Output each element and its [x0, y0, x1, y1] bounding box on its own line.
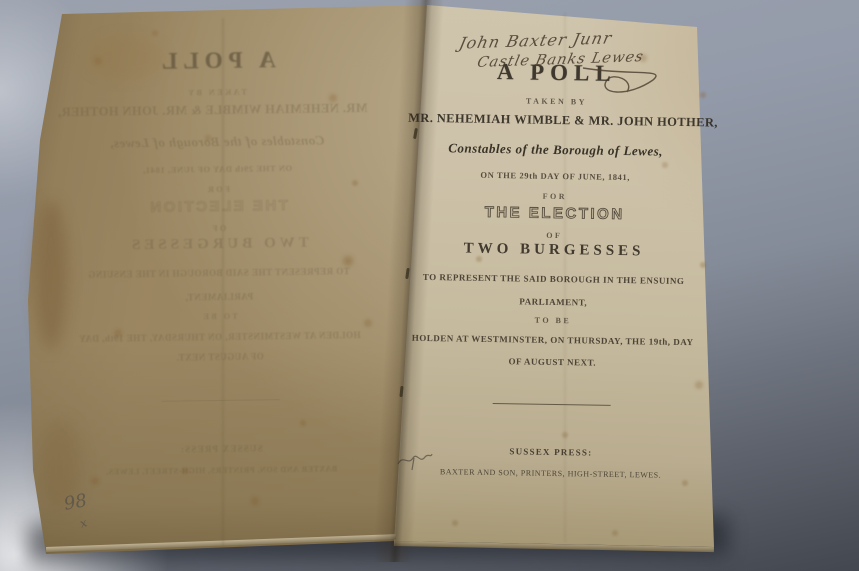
date-line: ON THE 29th DAY OF JUNE, 1841, [407, 169, 703, 184]
parliament-line: PARLIAMENT, [405, 295, 701, 310]
bleedthrough-press: SUSSEX PRESS: [70, 442, 372, 456]
bleedthrough-officials: MR. NEHEMIAH WIMBLE & MR. JOHN HOTHER, [65, 101, 367, 120]
bleedthrough-represent: TO REPRESENT THE SAID BOROUGH IN THE ENS… [68, 266, 370, 280]
imprint-rule [493, 403, 611, 406]
bleedthrough-august: OF AUGUST NEXT. [69, 350, 371, 364]
bleedthrough-election: THE ELECTION [67, 196, 369, 217]
bleedthrough-of: OF [67, 222, 369, 235]
stain-left-edge [34, 200, 68, 350]
bleedthrough-taken-by: TAKEN BY [65, 86, 367, 99]
constables-line: Constables of the Borough of Lewes, [408, 140, 704, 161]
foxing-right-page [0, 0, 6, 6]
holden-line: HOLDEN AT WESTMINSTER, ON THURSDAY, THE … [405, 333, 701, 348]
election-line: THE ELECTION [407, 203, 703, 225]
bleedthrough-content: A POLL TAKEN BY MR. NEHEMIAH WIMBLE & MR… [64, 0, 374, 562]
bleedthrough-parliament: PARLIAMENT, [68, 290, 370, 304]
pencil-page-number: 98 [62, 490, 88, 515]
printer-line: BAXTER AND SON, PRINTERS, HIGH-STREET, L… [403, 467, 699, 481]
press-line: SUSSEX PRESS: [403, 445, 699, 460]
bleedthrough-constables: Constables of the Borough of Lewes, [66, 132, 368, 152]
bleedthrough-rule [162, 399, 280, 402]
bleedthrough-for: FOR [67, 183, 369, 196]
bleedthrough-date: ON THE 29th DAY OF JUNE, 1841, [66, 162, 368, 176]
represent-line: TO REPRESENT THE SAID BOROUGH IN THE ENS… [406, 272, 702, 287]
bleedthrough-title: A POLL [65, 46, 367, 76]
bleedthrough-burgesses: TWO BURGESSES [67, 234, 369, 255]
photo-canvas: A POLL TAKEN BY MR. NEHEMIAH WIMBLE & MR… [0, 0, 859, 571]
august-line: OF AUGUST NEXT. [404, 355, 700, 370]
burgesses-line: TWO BURGESSES [406, 240, 702, 262]
bleedthrough-printer: BAXTER AND SON, PRINTERS, HIGH-STREET, L… [71, 464, 373, 477]
bleedthrough-holden: HOLDEN AT WESTMINSTER, ON THURSDAY, THE … [69, 330, 371, 344]
ink-flourish [455, 28, 715, 118]
bleedthrough-to-be: TO BE [68, 310, 370, 323]
for-word: FOR [407, 190, 703, 204]
to-be-line: TO BE [405, 314, 701, 328]
